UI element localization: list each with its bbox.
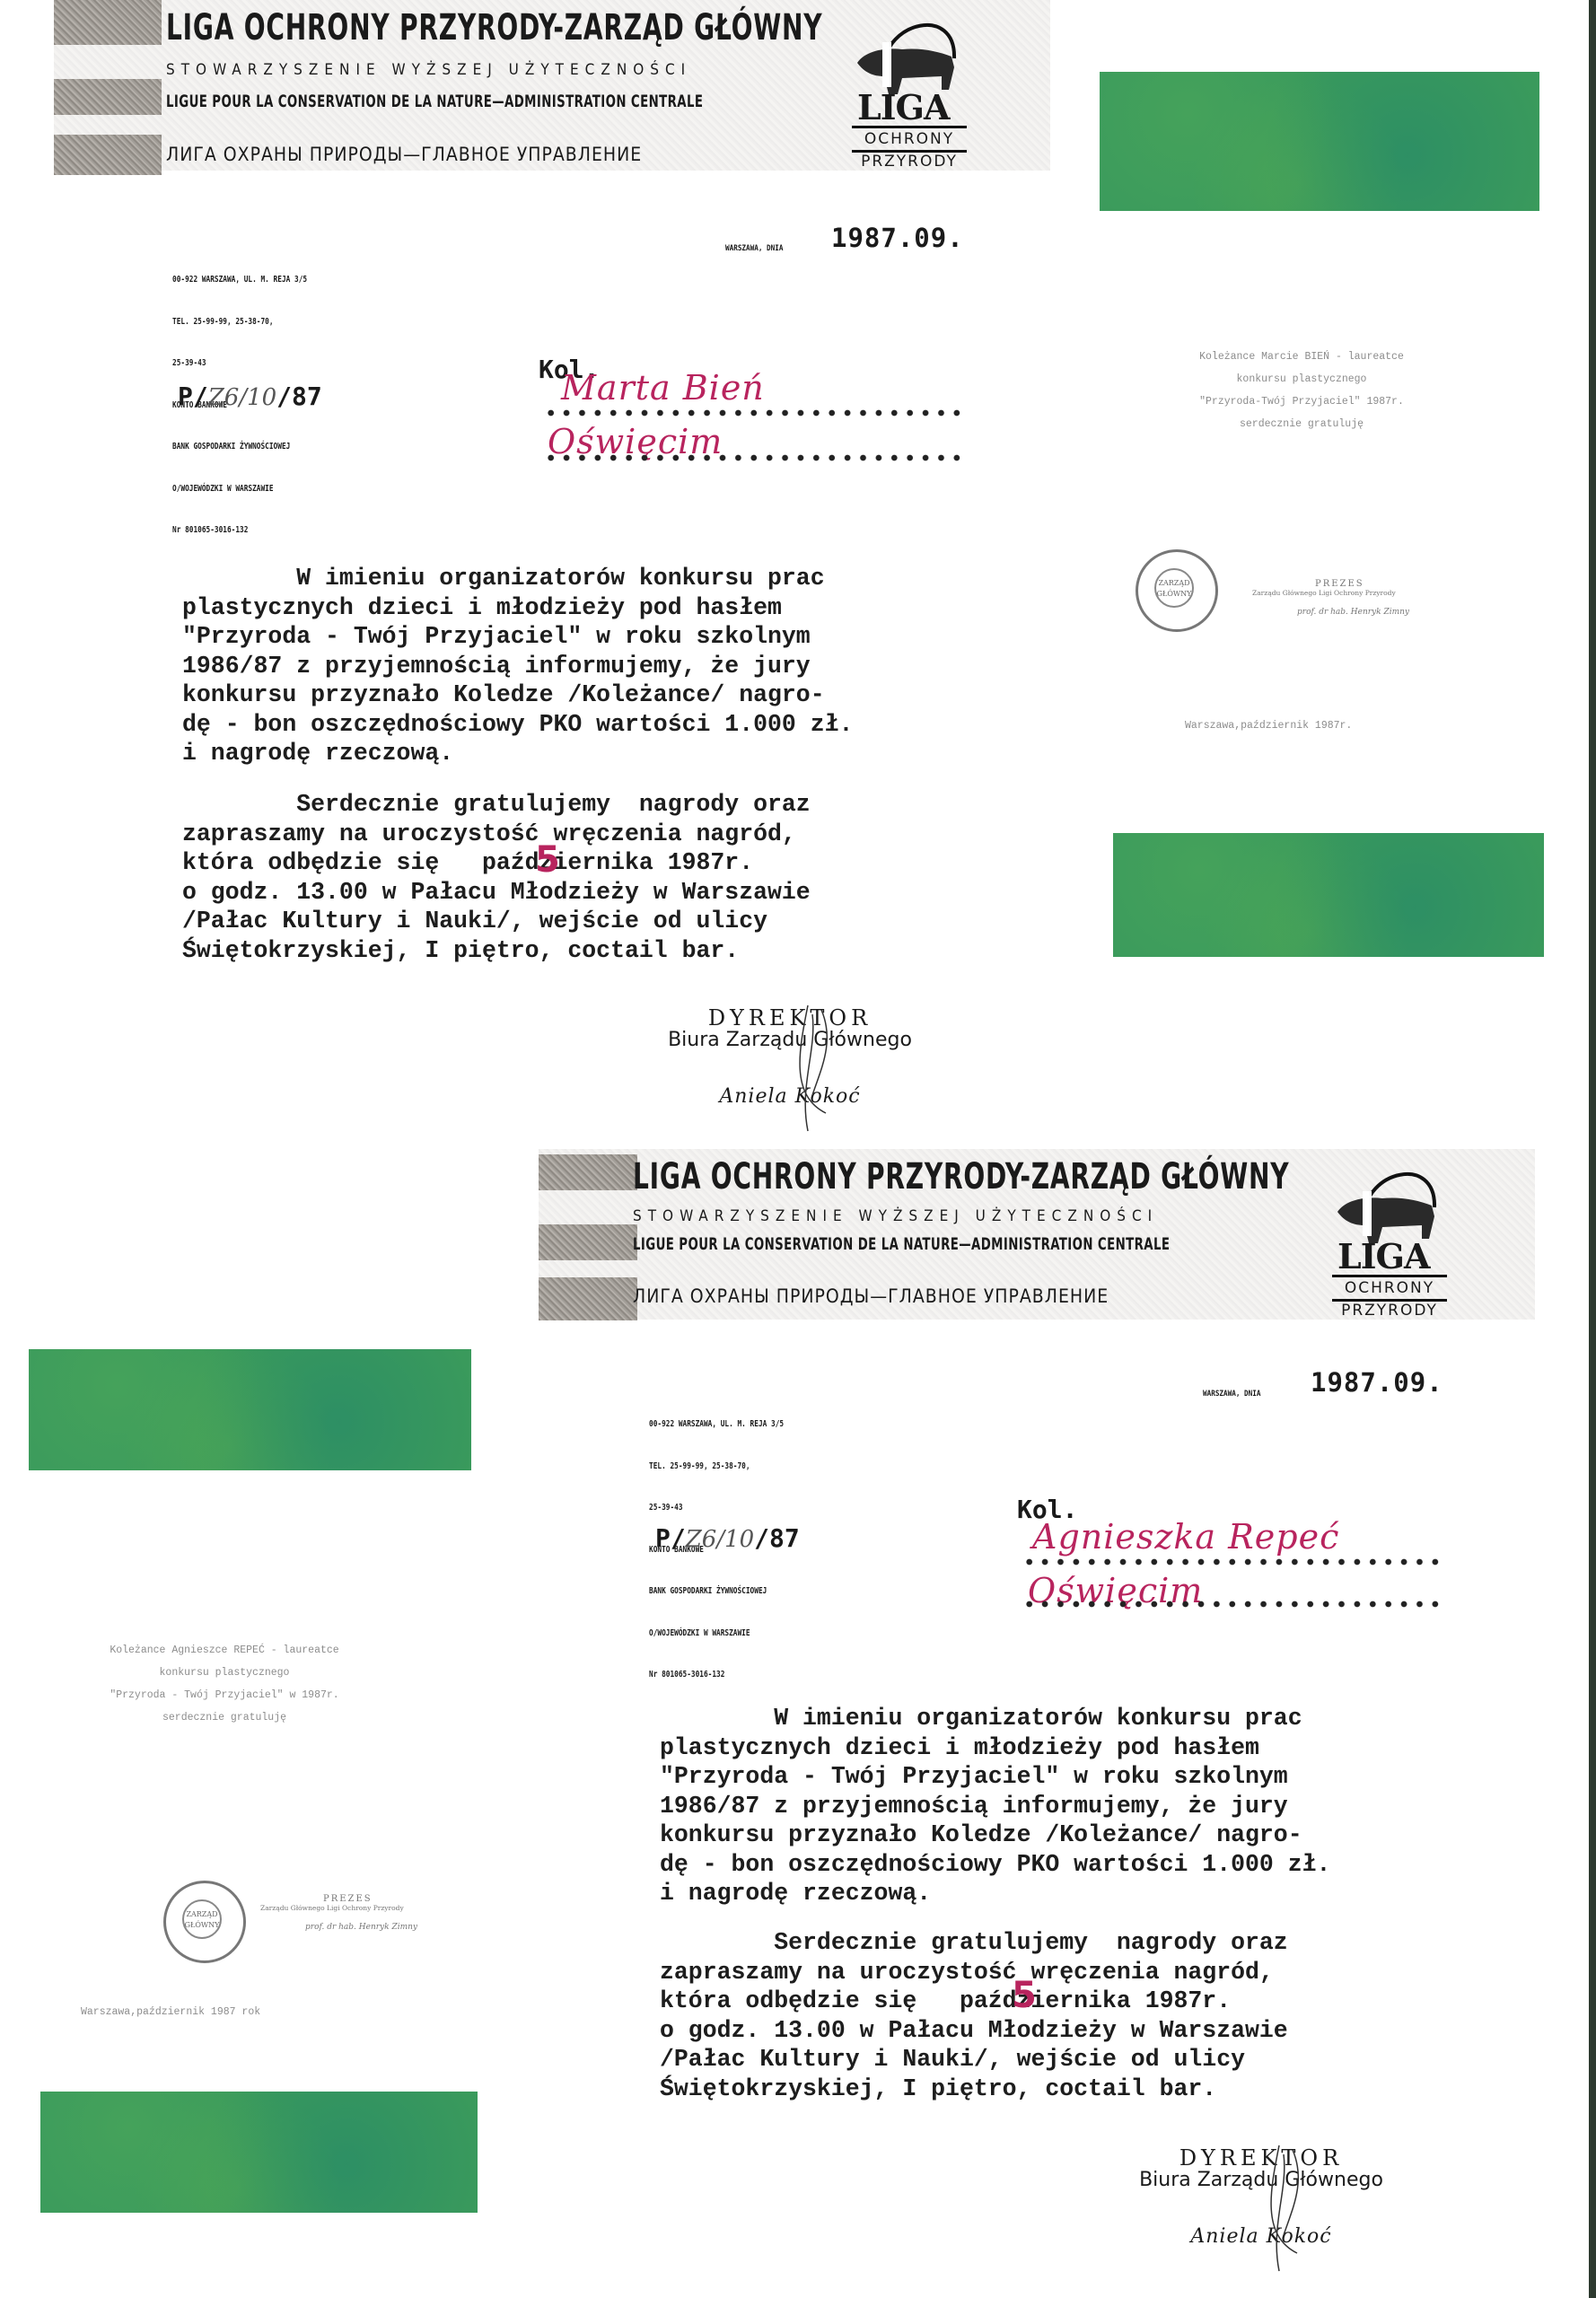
bison-icon bbox=[1329, 1153, 1472, 1243]
letter-paragraph-2: Serdecznie gratulujemy nagrody oraz zapr… bbox=[182, 790, 811, 965]
handwritten-day-1: 5 bbox=[535, 839, 560, 881]
diploma-place-date-1: Warszawa,październik 1987r. bbox=[1185, 720, 1352, 732]
address-line: Nr 801065-3016-132 bbox=[649, 1668, 784, 1682]
liga-logo: LIGA OCHRONY PRZYRODY bbox=[1329, 1153, 1472, 1333]
signature-block-2: DYREKTOR Biura Zarządu Głównego Aniela K… bbox=[1082, 2145, 1441, 2248]
letterhead-subtitle: STOWARZYSZENIE WYŻSZEJ UŻYTECZNOŚCI bbox=[166, 61, 691, 79]
letter-paragraph-2: Serdecznie gratulujemy nagrody oraz zapr… bbox=[660, 1928, 1288, 2103]
letterhead-russian: ЛИГА ОХРАНЫ ПРИРОДЫ—ГЛАВНОЕ УПРАВЛЕНИЕ bbox=[166, 144, 642, 165]
scanner-edge bbox=[1589, 0, 1596, 2298]
ref-prefix: P/ bbox=[655, 1523, 686, 1553]
addressee-name-2: Agnieszka Repeć bbox=[1032, 1517, 1339, 1557]
dotted-line bbox=[1022, 1557, 1443, 1566]
signature-block-1: DYREKTOR Biura Zarządu Głównego Aniela K… bbox=[610, 1005, 969, 1108]
ref-handwritten: Z6/10 bbox=[208, 384, 276, 411]
round-stamp-1: ZARZĄD GŁÓWNY bbox=[1136, 549, 1218, 632]
letterhead-french: LIGUE POUR LA CONSERVATION DE LA NATURE—… bbox=[633, 1234, 1170, 1254]
address-line: BANK GOSPODARKI ŻYWNOŚCIOWEJ bbox=[649, 1584, 784, 1599]
letterhead-title: LIGA OCHRONY PRZYRODY-ZARZĄD GŁÓWNY bbox=[633, 1156, 1289, 1197]
address-line: BANK GOSPODARKI ŻYWNOŚCIOWEJ bbox=[172, 440, 307, 454]
handwritten-signature bbox=[772, 996, 862, 1140]
liga-logo: LIGA OCHRONY PRZYRODY bbox=[848, 4, 992, 184]
green-cover-rectangle bbox=[29, 1349, 471, 1470]
address-line: 00-922 WARSZAWA, UL. M. REJA 3/5 bbox=[649, 1417, 784, 1432]
green-cover-rectangle bbox=[1100, 72, 1539, 211]
diploma-text-2: Koleżance Agnieszce REPEĆ - laureatce ko… bbox=[63, 1639, 386, 1729]
green-cover-rectangle bbox=[1113, 833, 1544, 957]
letter-paragraph-1: W imieniu organizatorów konkursu prac pl… bbox=[182, 564, 853, 768]
letterhead-subtitle: STOWARZYSZENIE WYŻSZEJ UŻYTECZNOŚCI bbox=[633, 1207, 1158, 1225]
letterhead-russian: ЛИГА ОХРАНЫ ПРИРОДЫ—ГЛАВНОЕ УПРАВЛЕНИЕ bbox=[633, 1285, 1109, 1307]
address-line: Nr 801065-3016-132 bbox=[172, 523, 307, 538]
logo-ochrony-text: OCHRONY bbox=[1332, 1275, 1447, 1302]
president-title: PREZES bbox=[1315, 579, 1409, 589]
stamp-inner-text: ZARZĄD GŁÓWNY bbox=[182, 1899, 222, 1939]
address-line: 00-922 WARSZAWA, UL. M. REJA 3/5 bbox=[172, 273, 307, 287]
dotted-line bbox=[543, 453, 965, 462]
president-org: Zarządu Głównego Ligi Ochrony Przyrody bbox=[260, 1904, 417, 1912]
diploma-text-1: Koleżance Marcie BIEŃ - laureatce konkur… bbox=[1122, 346, 1481, 435]
address-line: 25-39-43 bbox=[649, 1501, 784, 1515]
reference-number-2: P/Z6/10/87 bbox=[655, 1523, 800, 1553]
green-cover-rectangle bbox=[40, 2092, 478, 2213]
president-signature-1: PREZES Zarządu Głównego Ligi Ochrony Prz… bbox=[1252, 579, 1409, 617]
letter-paragraph-1: W imieniu organizatorów konkursu prac pl… bbox=[660, 1704, 1330, 1908]
logo-liga-text: LIGA bbox=[857, 87, 949, 127]
address-line: O/WOJEWÓDZKI W WARSZAWIE bbox=[172, 482, 307, 496]
handwritten-signature bbox=[1243, 2136, 1333, 2280]
stamp-inner-text: ZARZĄD GŁÓWNY bbox=[1154, 568, 1194, 608]
letterhead-french: LIGUE POUR LA CONSERVATION DE LA NATURE—… bbox=[166, 92, 703, 111]
letter-date-1: 1987.09. bbox=[831, 223, 964, 253]
address-line: O/WOJEWÓDZKI W WARSZAWIE bbox=[649, 1627, 784, 1641]
ref-suffix: /87 bbox=[276, 382, 322, 411]
diploma-place-date-2: Warszawa,październik 1987 rok bbox=[81, 2006, 260, 2018]
handwritten-day-2: 5 bbox=[1012, 1975, 1037, 2016]
addressee-name-1: Marta Bień bbox=[561, 368, 765, 408]
address-line: TEL. 25-99-99, 25-38-70, bbox=[172, 315, 307, 329]
address-line: TEL. 25-99-99, 25-38-70, bbox=[649, 1460, 784, 1474]
president-name: prof. dr hab. Henryk Zimny bbox=[305, 1923, 417, 1932]
logo-przyrody-text: PRZYRODY bbox=[852, 153, 967, 171]
president-signature-2: PREZES Zarządu Głównego Ligi Ochrony Prz… bbox=[260, 1894, 417, 1932]
dotted-line bbox=[1022, 1600, 1443, 1609]
president-title: PREZES bbox=[323, 1894, 417, 1904]
letter-date-2: 1987.09. bbox=[1311, 1367, 1443, 1398]
dotted-line bbox=[543, 408, 965, 417]
date-label-2: WARSZAWA, DNIA bbox=[1203, 1390, 1260, 1399]
date-label-1: WARSZAWA, DNIA bbox=[725, 244, 783, 253]
president-org: Zarządu Głównego Ligi Ochrony Przyrody bbox=[1252, 589, 1409, 597]
reference-number-1: P/Z6/10/87 bbox=[178, 382, 322, 411]
ref-prefix: P/ bbox=[178, 382, 208, 411]
address-line: 25-39-43 bbox=[172, 356, 307, 371]
letterhead-title: LIGA OCHRONY PRZYRODY-ZARZĄD GŁÓWNY bbox=[166, 7, 822, 48]
president-name: prof. dr hab. Henryk Zimny bbox=[1297, 608, 1409, 617]
logo-liga-text: LIGA bbox=[1337, 1236, 1429, 1276]
logo-przyrody-text: PRZYRODY bbox=[1332, 1302, 1447, 1320]
round-stamp-2: ZARZĄD GŁÓWNY bbox=[163, 1881, 246, 1963]
logo-ochrony-text: OCHRONY bbox=[852, 126, 967, 153]
bison-icon bbox=[848, 4, 992, 94]
ref-suffix: /87 bbox=[754, 1523, 800, 1553]
ref-handwritten: Z6/10 bbox=[686, 1526, 754, 1553]
